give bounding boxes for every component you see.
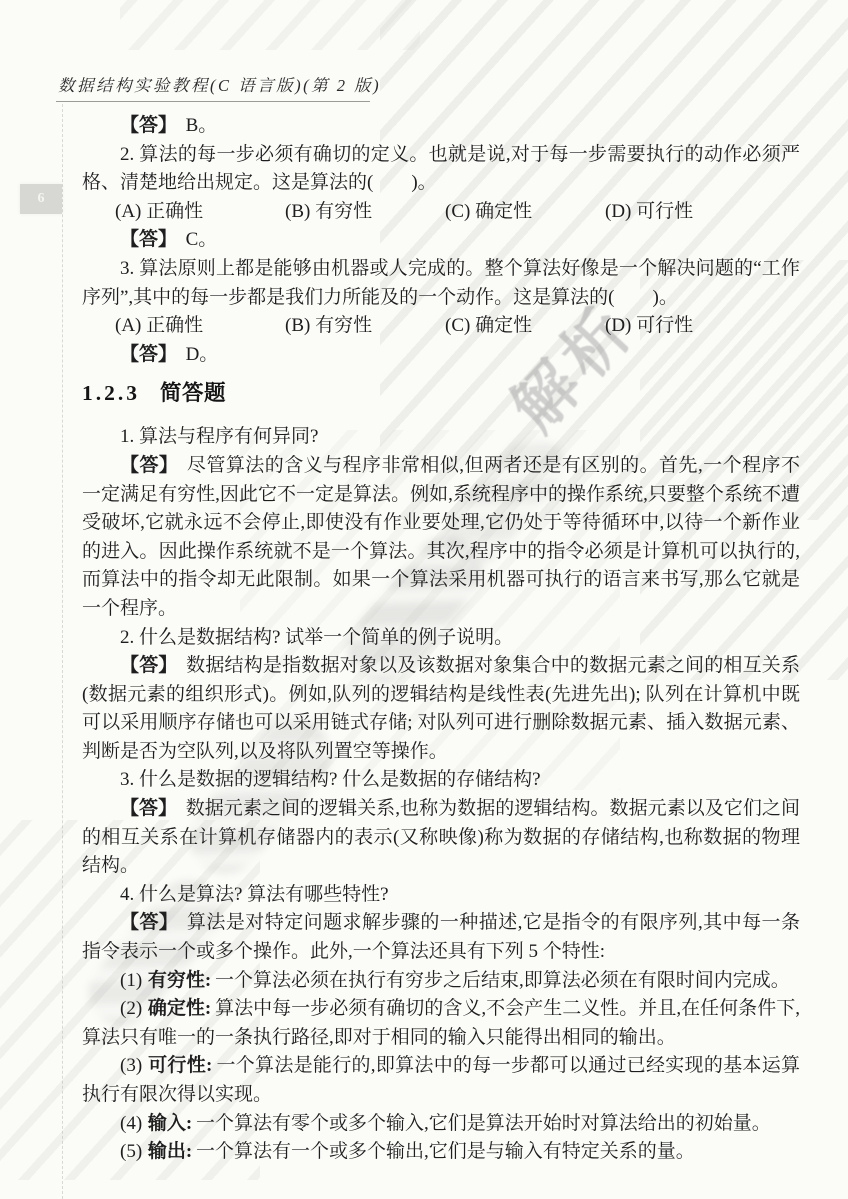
feature-number: (5)	[120, 1141, 142, 1162]
short-answer-4-intro: 【答】算法是对特定问题求解步骤的一种描述,它是指令的有限序列,其中每一条指令表示…	[82, 909, 800, 966]
algorithm-feature-4: (4)输入:一个算法有零个或多个输入,它们是算法开始时对算法给出的初始量。	[82, 1110, 800, 1139]
page-content: 【答】B。 2. 算法的每一步必须有确切的定义。也就是说,对于每一步需要执行的动…	[82, 112, 800, 1167]
margin-guide-line	[62, 104, 63, 1199]
short-answer-3: 【答】数据元素之间的逻辑关系,也称为数据的逻辑结构。数据元素以及它们之间的相互关…	[82, 795, 800, 881]
short-question-3: 3. 什么是数据的逻辑结构? 什么是数据的存储结构?	[82, 766, 800, 795]
book-page: 解析 数据结构实验教程(C 语言版)(第 2 版) 6 【答】B。 2. 算法的…	[0, 0, 848, 1199]
mc-options-row: (A) 正确性 (B) 有穷性 (C) 确定性 (D) 可行性	[82, 312, 800, 341]
header-rule	[56, 101, 370, 102]
short-answer-2: 【答】数据结构是指数据对象以及该数据对象集合中的数据元素之间的相互关系(数据元素…	[82, 652, 800, 766]
scan-streak	[120, 0, 420, 50]
section-heading: 1.2.3简答题	[82, 378, 800, 408]
feature-number: (3)	[120, 1055, 142, 1076]
answer-value: C。	[186, 229, 218, 250]
feature-term: 可行性:	[148, 1055, 213, 1076]
algorithm-feature-2: (2)确定性:算法中每一步必须有确切的含义,不会产生二义性。并且,在任何条件下,…	[82, 995, 800, 1052]
feature-number: (2)	[120, 998, 142, 1019]
page-number-tab: 6	[20, 184, 62, 214]
feature-term: 输入:	[148, 1113, 192, 1134]
short-answer-1: 【答】尽管算法的含义与程序非常相似,但两者还是有区别的。首先,一个程序不一定满足…	[82, 452, 800, 624]
feature-term: 有穷性:	[148, 970, 211, 991]
algorithm-feature-3: (3)可行性:一个算法是能行的,即算法中的每一步都可以通过已经实现的基本运算执行…	[82, 1052, 800, 1109]
section-title: 简答题	[160, 381, 226, 405]
answer-text: 算法是对特定问题求解步骤的一种描述,它是指令的有限序列,其中每一条指令表示一个或…	[82, 912, 800, 962]
feature-text: 一个算法有零个或多个输入,它们是算法开始时对算法给出的初始量。	[196, 1113, 771, 1134]
mc-question-2: 2. 算法的每一步必须有确切的定义。也就是说,对于每一步需要执行的动作必须严格、…	[82, 141, 800, 198]
answer-text: 数据结构是指数据对象以及该数据对象集合中的数据元素之间的相互关系(数据元素的组织…	[82, 655, 800, 762]
feature-text: 一个算法有一个或多个输出,它们是与输入有特定关系的量。	[196, 1141, 695, 1162]
option-c: (C) 确定性	[445, 198, 605, 227]
answer-label: 【答】	[120, 655, 178, 676]
option-b: (B) 有穷性	[285, 198, 445, 227]
answer-text: 数据元素之间的逻辑关系,也称为数据的逻辑结构。数据元素以及它们之间的相互关系在计…	[82, 798, 800, 876]
short-question-1: 1. 算法与程序有何异同?	[82, 423, 800, 452]
option-c: (C) 确定性	[445, 312, 605, 341]
answer-line-q2: 【答】B。	[82, 112, 800, 141]
answer-value: D。	[186, 344, 219, 365]
option-b: (B) 有穷性	[285, 312, 445, 341]
option-d: (D) 可行性	[605, 312, 693, 341]
mc-options-row: (A) 正确性 (B) 有穷性 (C) 确定性 (D) 可行性	[82, 198, 800, 227]
option-a: (A) 正确性	[115, 312, 285, 341]
answer-label: 【答】	[120, 229, 177, 250]
answer-label: 【答】	[120, 912, 178, 933]
section-number: 1.2.3	[82, 381, 140, 405]
answer-label: 【答】	[120, 115, 177, 136]
answer-label: 【答】	[120, 798, 177, 819]
short-question-4: 4. 什么是算法? 算法有哪些特性?	[82, 881, 800, 910]
answer-label: 【答】	[120, 455, 178, 476]
algorithm-feature-5: (5)输出:一个算法有一个或多个输出,它们是与输入有特定关系的量。	[82, 1138, 800, 1167]
feature-number: (1)	[120, 970, 142, 991]
feature-number: (4)	[120, 1113, 142, 1134]
answer-line-q3: 【答】C。	[82, 226, 800, 255]
feature-term: 输出:	[148, 1141, 192, 1162]
answer-text: 尽管算法的含义与程序非常相似,但两者还是有区别的。首先,一个程序不一定满足有穷性…	[82, 455, 800, 619]
mc-question-3: 3. 算法原则上都是能够由机器或人完成的。整个算法好像是一个解决问题的“工作序列…	[82, 255, 800, 312]
feature-text: 一个算法必须在执行有穷步之后结束,即算法必须在有限时间内完成。	[215, 970, 790, 991]
algorithm-feature-1: (1)有穷性:一个算法必须在执行有穷步之后结束,即算法必须在有限时间内完成。	[82, 967, 800, 996]
answer-value: B。	[186, 115, 218, 136]
feature-term: 确定性:	[148, 998, 211, 1019]
running-head-title: 数据结构实验教程(C 语言版)(第 2 版)	[58, 72, 381, 96]
option-a: (A) 正确性	[115, 198, 285, 227]
option-d: (D) 可行性	[605, 198, 693, 227]
short-question-2: 2. 什么是数据结构? 试举一个简单的例子说明。	[82, 624, 800, 653]
answer-line-q3b: 【答】D。	[82, 341, 800, 370]
answer-label: 【答】	[120, 344, 177, 365]
